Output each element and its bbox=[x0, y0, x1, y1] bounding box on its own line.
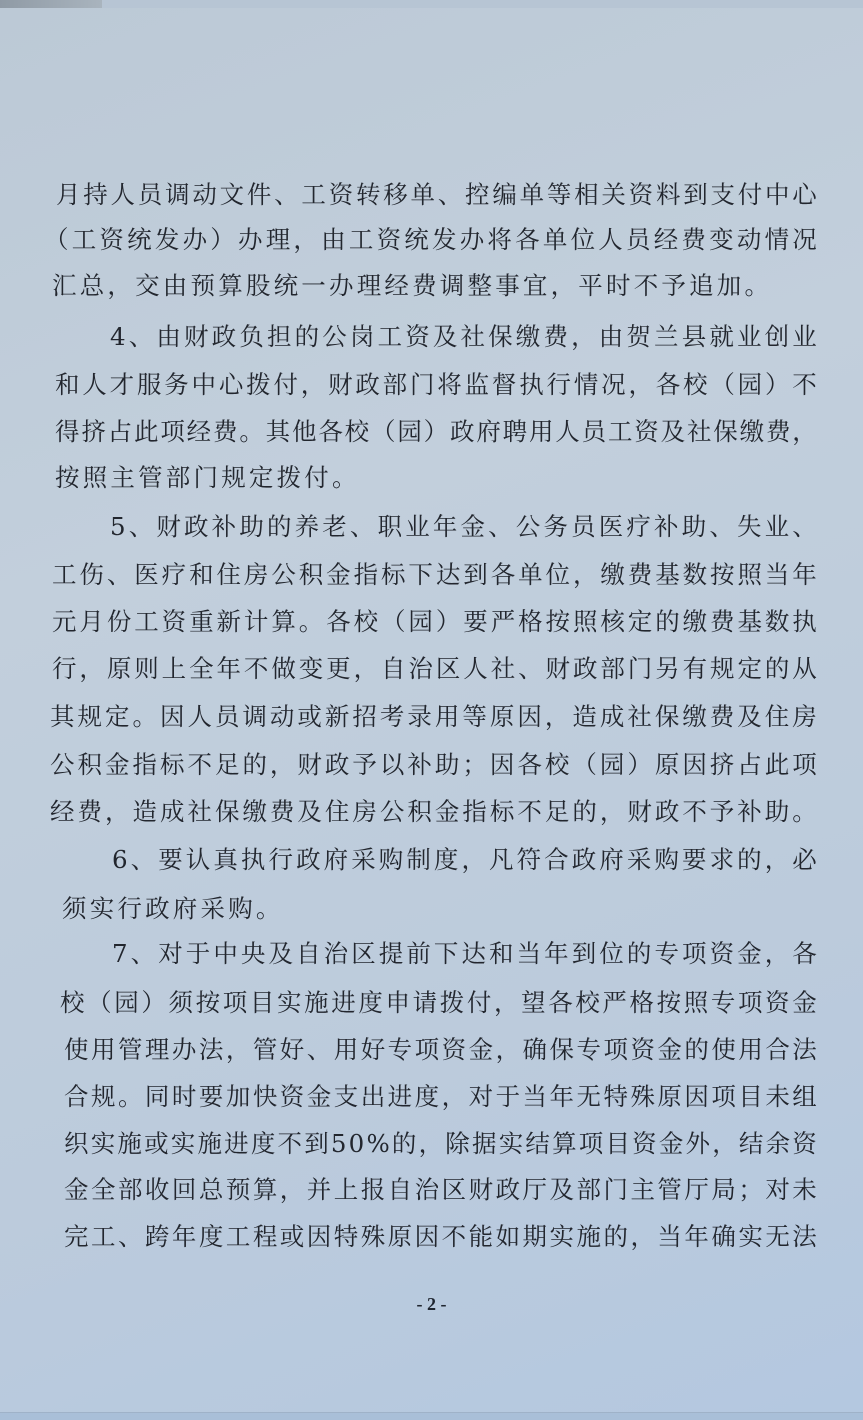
text-line: 行，原则上全年不做变更，自治区人社、财政部门另有规定的从 bbox=[52, 654, 820, 684]
text-line: 校（园）须按项目实施进度申请拨付，望各校严格按照专项资金 bbox=[60, 988, 819, 1018]
text-line: 织实施或实施进度不到50%的，除据实结算项目资金外，结余资 bbox=[64, 1129, 819, 1159]
text-line: 须实行政府采购。 bbox=[62, 894, 284, 924]
text-line: 元月份工资重新计算。各校（园）要严格按照核定的缴费基数执 bbox=[52, 607, 820, 637]
text-line: 汇总，交由预算股统一办理经费调整事宜，平时不予追加。 bbox=[52, 271, 772, 301]
text-line: 完工、跨年度工程或因特殊原因不能如期实施的，当年确实无法 bbox=[64, 1222, 819, 1252]
paragraph-4-start: 4、由财政负担的公岗工资及社保缴费，由贺兰县就业创业 bbox=[110, 322, 820, 352]
paragraph-7-start: 7、对于中央及自治区提前下达和当年到位的专项资金，各 bbox=[112, 939, 820, 969]
text-line: 使用管理办法，管好、用好专项资金，确保专项资金的使用合法 bbox=[64, 1035, 819, 1065]
text-line: 合规。同时要加快资金支出进度，对于当年无特殊原因项目未组 bbox=[64, 1082, 819, 1112]
paragraph-6-start: 6、要认真执行政府采购制度，凡符合政府采购要求的，必 bbox=[112, 845, 820, 875]
text-line: （工资统发办）办理，由工资统发办将各单位人员经费变动情况 bbox=[44, 225, 820, 255]
text-line: 月持人员调动文件、工资转移单、控编单等相关资料到支付中心 bbox=[56, 180, 820, 210]
page-number: - 2 - bbox=[0, 1294, 863, 1315]
text-line: 经费，造成社保缴费及住房公积金指标不足的，财政不予补助。 bbox=[50, 797, 820, 827]
background-surface bbox=[102, 0, 863, 8]
text-line: 金全部收回总预算，并上报自治区财政厅及部门主管厅局；对未 bbox=[64, 1175, 819, 1205]
text-line: 按照主管部门规定拨付。 bbox=[55, 463, 360, 493]
text-line: 其规定。因人员调动或新招考录用等原因，造成社保缴费及住房 bbox=[50, 702, 820, 732]
text-line: 得挤占此项经费。其他各校（园）政府聘用人员工资及社保缴费， bbox=[55, 417, 819, 447]
text-line: 工伤、医疗和住房公积金指标下达到各单位，缴费基数按照当年 bbox=[52, 560, 820, 590]
text-line: 和人才服务中心拨付，财政部门将监督执行情况，各校（园）不 bbox=[55, 370, 820, 400]
text-line: 公积金指标不足的，财政予以补助；因各校（园）原因挤占此项 bbox=[50, 750, 820, 780]
page-bottom-edge bbox=[0, 1412, 863, 1420]
underlying-page-edge bbox=[0, 0, 102, 8]
paragraph-5-start: 5、财政补助的养老、职业年金、公务员医疗补助、失业、 bbox=[110, 512, 820, 542]
